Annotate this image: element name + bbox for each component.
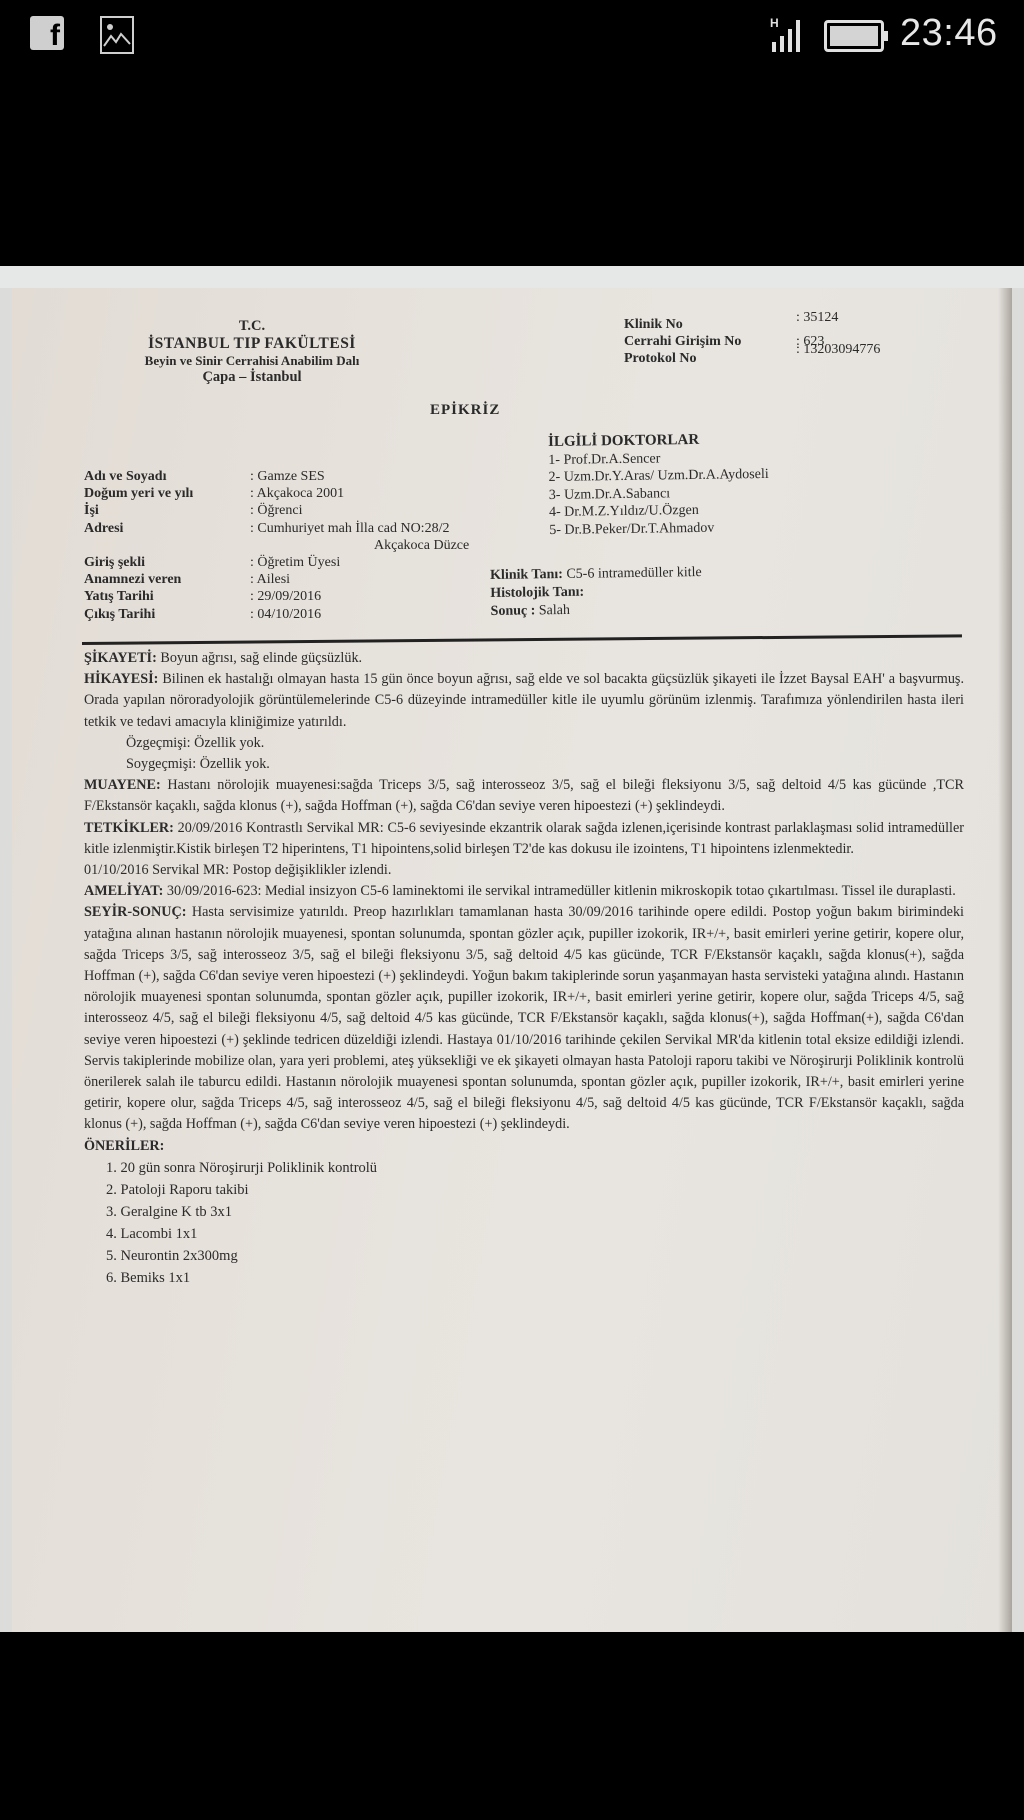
field-value: Akçakoca Düzce: [374, 537, 469, 554]
section-label: TETKİKLER:: [84, 820, 174, 836]
field-label: İşi: [84, 502, 250, 519]
field-label: Adresi: [84, 520, 250, 537]
gallery-icon: [100, 16, 134, 54]
report-body: ŞİKAYETİ: Boyun ağrısı, sağ elinde güçsü…: [84, 648, 964, 1289]
field-label: Histolojik Tanı:: [490, 585, 584, 601]
complaint-section: ŞİKAYETİ: Boyun ağrısı, sağ elinde güçsü…: [84, 648, 964, 669]
klinik-no-row: Klinik No : 35124: [624, 316, 880, 333]
header-line-tc: T.C.: [82, 318, 422, 335]
course-section: SEYİR-SONUÇ: Hasta servisimize yatırıldı…: [84, 902, 964, 1135]
field-value: : Cumhuriyet mah İlla cad NO:28/2: [250, 520, 449, 537]
section-text: 20/09/2016 Kontrastlı Servikal MR: C5-6 …: [84, 820, 964, 857]
section-text: Bilinen ek hastalığı olmayan hasta 15 gü…: [84, 671, 964, 729]
clinical-diagnosis: Klinik Tanı: C5-6 intramedüller kitle: [490, 564, 702, 585]
field-value: : 29/09/2016: [250, 588, 321, 605]
paper-shadow: [998, 288, 1012, 1632]
admission-date-row: Yatış Tarihi: 29/09/2016: [84, 588, 469, 605]
field-value: : 04/10/2016: [250, 606, 321, 623]
klinik-no-value: : 35124: [796, 309, 838, 326]
field-value: : Ailesi: [250, 571, 290, 588]
field-value: C5-6 intramedüller kitle: [563, 565, 702, 582]
facebook-icon: f: [30, 16, 64, 50]
cerrahi-no-label: Cerrahi Girişim No: [624, 333, 796, 350]
section-label: HİKAYESİ:: [84, 671, 158, 687]
patient-name-row: Adı ve Soyadı: Gamze SES: [84, 468, 469, 485]
section-text: Hasta servisimize yatırıldı. Preop hazır…: [84, 904, 964, 1132]
document-photo[interactable]: T.C. İSTANBUL TIP FAKÜLTESİ Beyin ve Sin…: [0, 266, 1024, 1632]
recommendation-item: 6. Bemiks 1x1: [106, 1267, 964, 1289]
doctor-item: 5- Dr.B.Peker/Dr.T.Ahmadov: [549, 518, 769, 539]
entry-type-row: Giriş şekli: Öğretim Üyesi: [84, 554, 469, 571]
field-label: Anamnezi veren: [84, 571, 250, 588]
occupation-row: İşi: Öğrenci: [84, 502, 469, 519]
recommendation-item: 1. 20 gün sonra Nöroşirurji Poliklinik k…: [106, 1157, 964, 1179]
document-title: EPİKRİZ: [430, 402, 500, 419]
field-label: Giriş şekli: [84, 554, 250, 571]
field-label: Klinik Tanı:: [490, 567, 563, 583]
section-text: 30/09/2016-623: Medial insizyon C5-6 lam…: [163, 883, 955, 899]
signal-icon: H: [770, 16, 806, 54]
field-value: : Öğrenci: [250, 502, 302, 519]
protokol-no-label: Protokol No: [624, 350, 796, 367]
doctor-item: 2- Uzm.Dr.Y.Aras/ Uzm.Dr.A.Aydoseli: [548, 466, 768, 487]
header-line-faculty: İSTANBUL TIP FAKÜLTESİ: [82, 335, 422, 352]
battery-icon: [824, 20, 884, 52]
recommendations-list: 1. 20 gün sonra Nöroşirurji Poliklinik k…: [84, 1157, 964, 1289]
field-label: Sonuç :: [491, 603, 536, 619]
field-value: : Gamze SES: [250, 468, 325, 485]
tests-section: TETKİKLER: 20/09/2016 Kontrastlı Servika…: [84, 818, 964, 860]
address-row: Adresi: Cumhuriyet mah İlla cad NO:28/2: [84, 520, 469, 537]
institution-header: T.C. İSTANBUL TIP FAKÜLTESİ Beyin ve Sin…: [82, 318, 422, 386]
discharge-date-row: Çıkış Tarihi: 04/10/2016: [84, 606, 469, 623]
header-line-department: Beyin ve Sinir Cerrahisi Anabilim Dalı: [82, 352, 422, 369]
clock: 23:46: [900, 12, 998, 55]
section-text: Boyun ağrısı, sağ elinde güçsüzlük.: [157, 650, 362, 666]
viewer-background: [0, 1632, 1024, 1820]
history-section: HİKAYESİ: Bilinen ek hastalığı olmayan h…: [84, 669, 964, 733]
patient-info: Adı ve Soyadı: Gamze SES Doğum yeri ve y…: [84, 468, 469, 623]
epikriz-document: T.C. İSTANBUL TIP FAKÜLTESİ Beyin ve Sin…: [12, 288, 1012, 1632]
divider: [82, 634, 962, 645]
tests-postop: 01/10/2016 Servikal MR: Postop değişikli…: [84, 860, 964, 881]
section-label: SEYİR-SONUÇ:: [84, 904, 186, 920]
field-label: Adı ve Soyadı: [84, 468, 250, 485]
section-label: ŞİKAYETİ:: [84, 650, 157, 666]
recommendation-item: 4. Lacombi 1x1: [106, 1223, 964, 1245]
field-value: : Akçakoca 2001: [250, 485, 344, 502]
related-doctors: İLGİLİ DOKTORLAR 1- Prof.Dr.A.Sencer 2- …: [548, 431, 770, 539]
recommendation-item: 2. Patoloji Raporu takibi: [106, 1179, 964, 1201]
exam-section: MUAYENE: Hastanı nörolojik muayenesi:sağ…: [84, 775, 964, 817]
field-label: Yatış Tarihi: [84, 588, 250, 605]
protokol-no-row: Protokol No : 13203094776: [624, 350, 880, 367]
field-label: Çıkış Tarihi: [84, 606, 250, 623]
field-value: : Öğretim Üyesi: [250, 554, 340, 571]
recommendations-title: ÖNERİLER:: [84, 1136, 964, 1157]
section-label: AMELİYAT:: [84, 883, 163, 899]
protokol-no-value: : 13203094776: [796, 341, 880, 358]
section-text: Hastanı nörolojik muayenesi:sağda Tricep…: [84, 777, 964, 814]
status-bar: f H 23:46: [0, 0, 1024, 80]
field-label: Doğum yeri ve yılı: [84, 485, 250, 502]
recommendation-item: 5. Neurontin 2x300mg: [106, 1245, 964, 1267]
surgery-section: AMELİYAT: 30/09/2016-623: Medial insizyo…: [84, 881, 964, 902]
field-value: Salah: [535, 603, 570, 618]
result: Sonuç : Salah: [491, 600, 703, 621]
record-numbers: Klinik No : 35124 Cerrahi Girişim No : 6…: [624, 316, 880, 367]
birth-row: Doğum yeri ve yılı: Akçakoca 2001: [84, 485, 469, 502]
photo-top-strip: [0, 266, 1024, 288]
header-line-location: Çapa – İstanbul: [82, 369, 422, 386]
klinik-no-label: Klinik No: [624, 316, 796, 333]
address-cont-row: Akçakoca Düzce: [84, 537, 469, 554]
section-label: MUAYENE:: [84, 777, 161, 793]
family-history: Soygeçmişi: Özellik yok.: [84, 754, 964, 775]
diagnosis-block: Klinik Tanı: C5-6 intramedüller kitle Hi…: [490, 564, 702, 621]
personal-history: Özgeçmişi: Özellik yok.: [84, 733, 964, 754]
anamnesis-row: Anamnezi veren: Ailesi: [84, 571, 469, 588]
svg-text:H: H: [770, 16, 779, 30]
recommendation-item: 3. Geralgine K tb 3x1: [106, 1201, 964, 1223]
